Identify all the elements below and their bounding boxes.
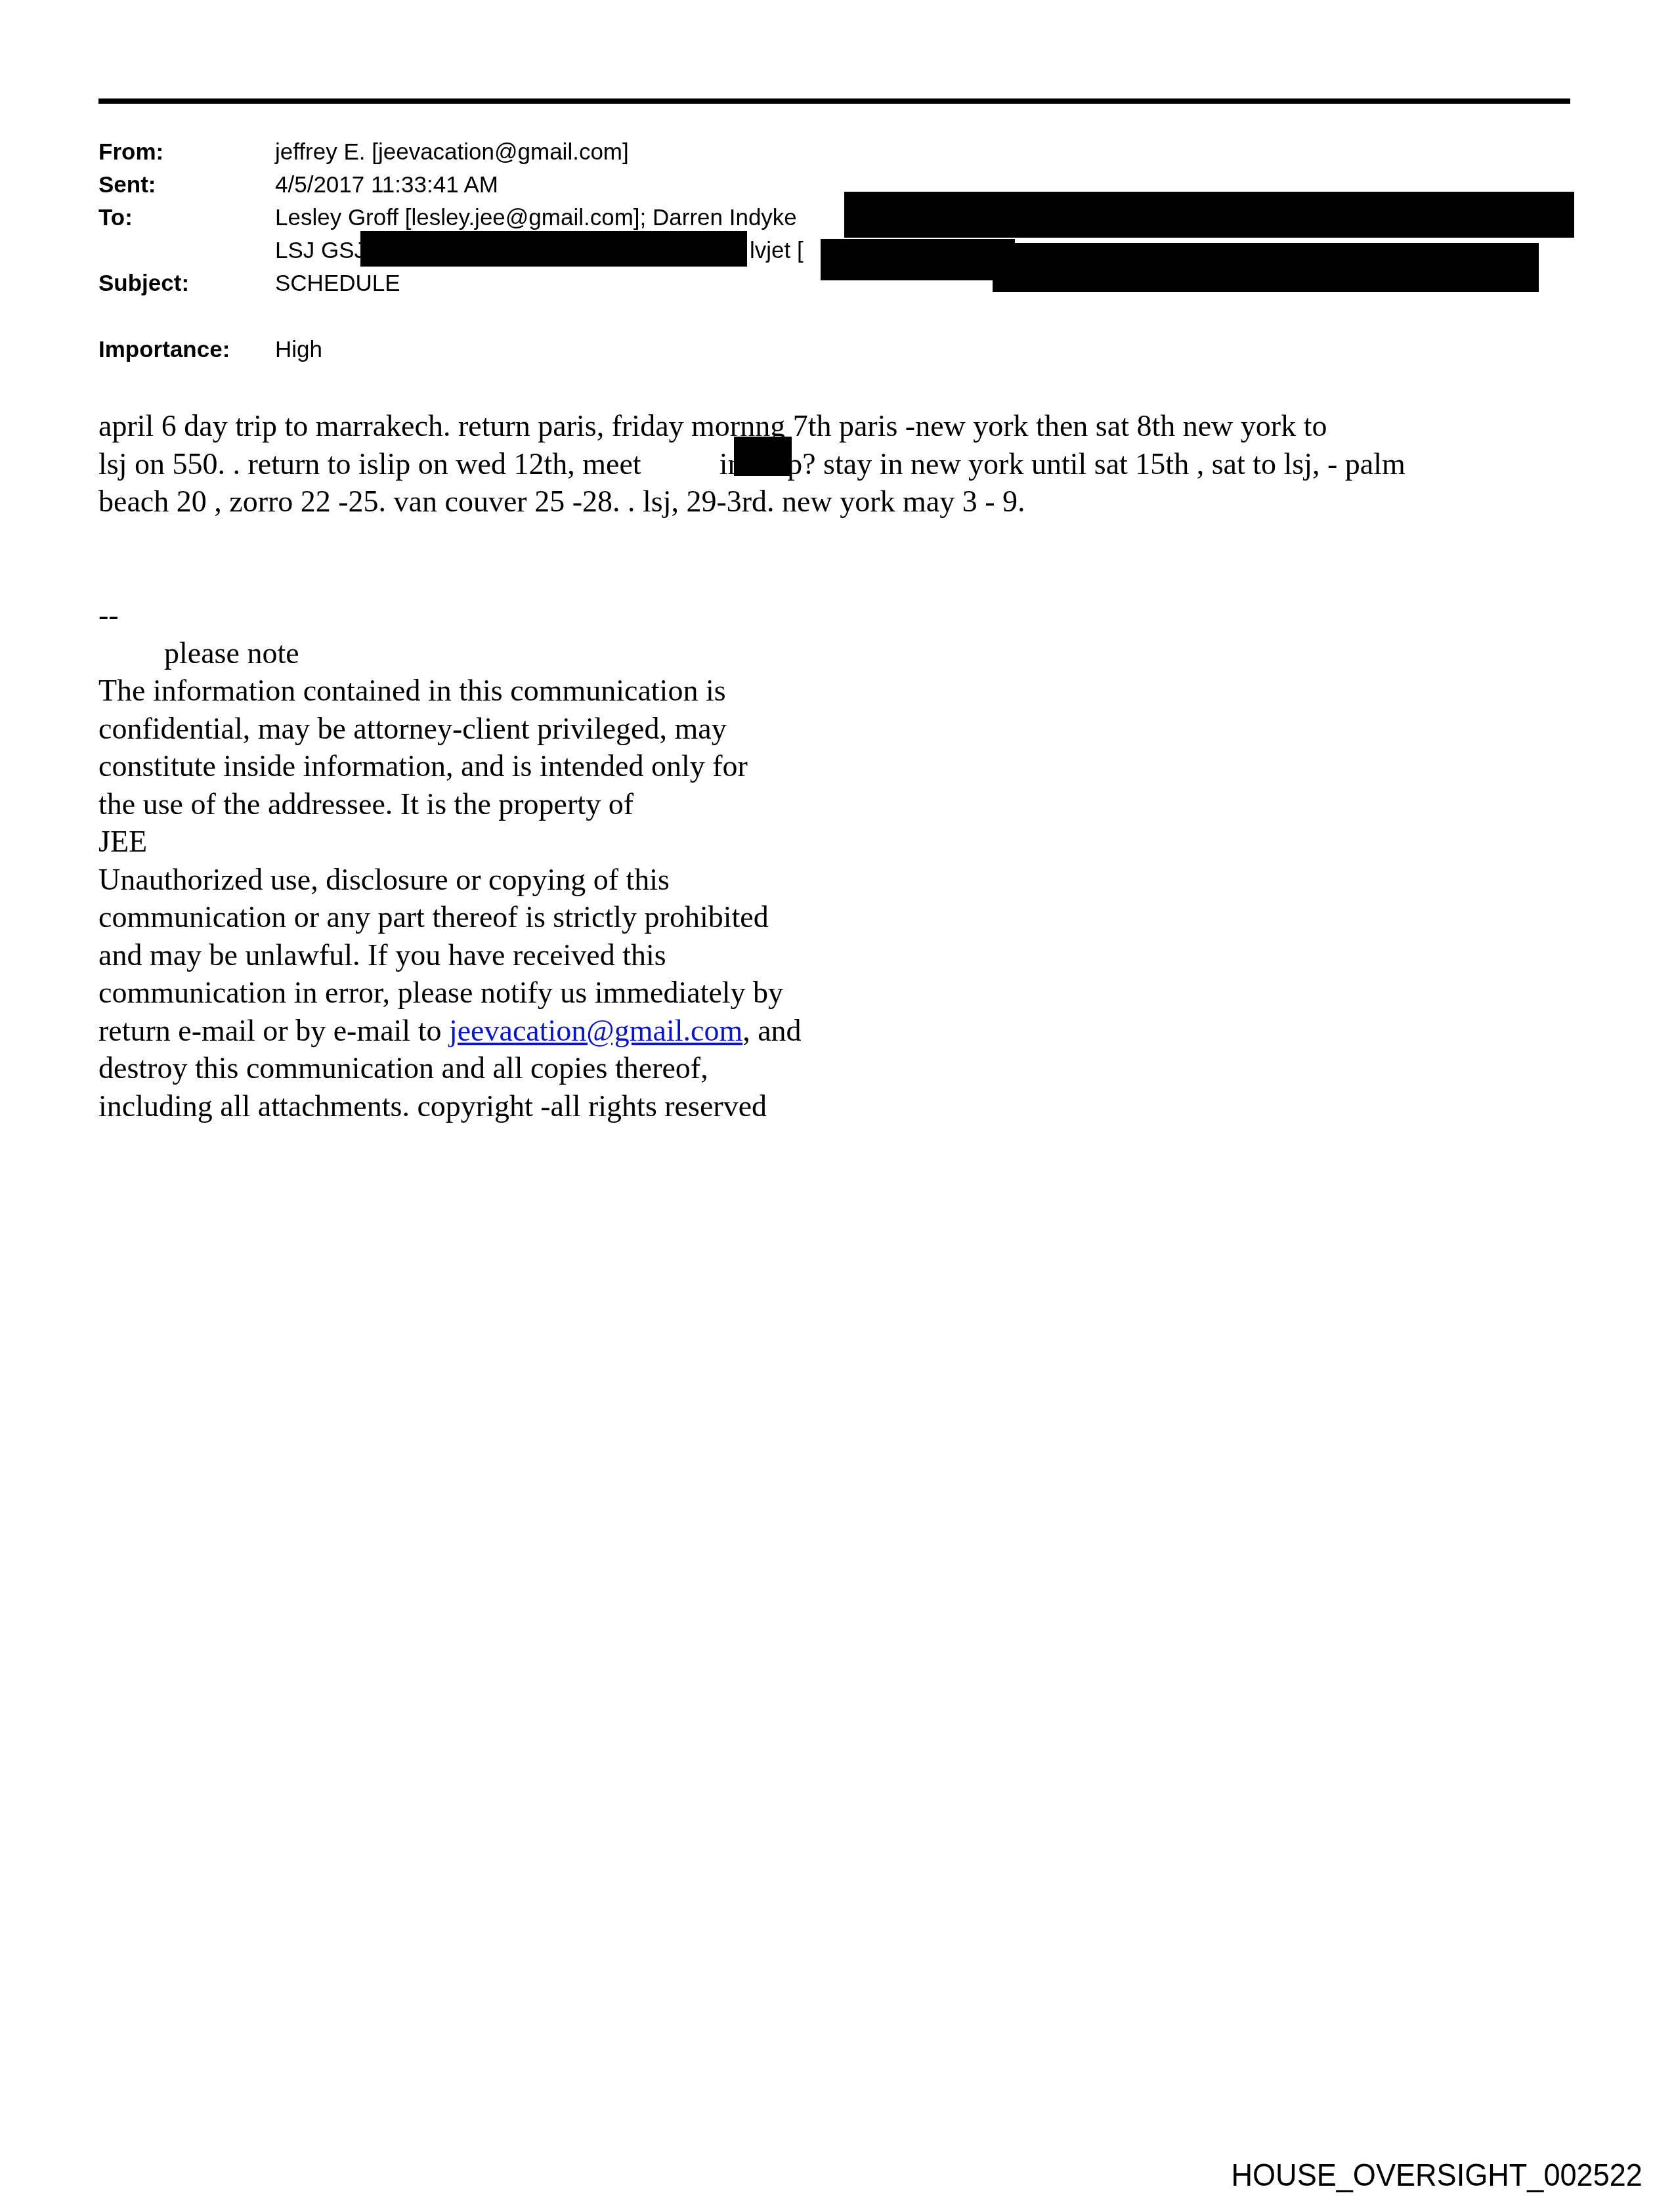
disclaimer-line: including all attachments. copyright -al… bbox=[98, 1087, 802, 1125]
disclaimer-line: destroy this communication and all copie… bbox=[98, 1049, 802, 1087]
disclaimer-text: , and bbox=[742, 1014, 801, 1047]
importance-value: High bbox=[275, 334, 322, 366]
disclaimer-line: communication in error, please notify us… bbox=[98, 974, 802, 1012]
body-line: beach 20 , zorro 22 -25. van couver 25 -… bbox=[98, 483, 1406, 521]
body-text: in islip? stay in new york until sat 15t… bbox=[712, 447, 1406, 481]
disclaimer-line: the use of the addressee. It is the prop… bbox=[98, 785, 802, 823]
disclaimer-line: confidential, may be attorney-client pri… bbox=[98, 710, 802, 748]
redaction-box bbox=[821, 239, 1015, 280]
from-value: jeffrey E. [jeevacation@gmail.com] bbox=[275, 136, 629, 169]
disclaimer-line: Unauthorized use, disclosure or copying … bbox=[98, 861, 802, 899]
from-label: From: bbox=[98, 136, 163, 169]
please-note: please note bbox=[98, 634, 802, 672]
subject-label: Subject: bbox=[98, 267, 189, 300]
bates-number: HOUSE_OVERSIGHT_002522 bbox=[1232, 2156, 1642, 2195]
redaction-box bbox=[844, 192, 1574, 238]
sent-label: Sent: bbox=[98, 169, 156, 202]
redaction-box bbox=[360, 231, 747, 267]
subject-value: SCHEDULE bbox=[275, 267, 400, 300]
signature-separator: -- bbox=[98, 596, 802, 634]
sent-value: 4/5/2017 11:33:41 AM bbox=[275, 169, 498, 202]
disclaimer-text: return e-mail or by e-mail to bbox=[98, 1014, 449, 1047]
to-line1-value: Lesley Groff [lesley.jee@gmail.com]; Dar… bbox=[275, 202, 797, 234]
redaction-box bbox=[993, 243, 1539, 292]
disclaimer-line: communication or any part thereof is str… bbox=[98, 898, 802, 936]
email-link[interactable]: jeevacation@gmail.com bbox=[449, 1014, 742, 1047]
signature-block: -- please note The information contained… bbox=[98, 596, 802, 1125]
to-line2-middle: lvjet [ bbox=[750, 234, 804, 267]
disclaimer-line: JEE bbox=[98, 823, 802, 861]
body-text: lsj on 550. . return to islip on wed 12t… bbox=[98, 447, 649, 481]
disclaimer-line: The information contained in this commun… bbox=[98, 672, 802, 710]
redaction-box bbox=[734, 437, 792, 476]
header-rule bbox=[98, 98, 1570, 104]
to-line2-prefix: LSJ GSJ bbox=[275, 234, 366, 267]
disclaimer-line: and may be unlawful. If you have receive… bbox=[98, 936, 802, 974]
disclaimer-line: constitute inside information, and is in… bbox=[98, 747, 802, 785]
disclaimer-line: return e-mail or by e-mail to jeevacatio… bbox=[98, 1012, 802, 1050]
importance-label: Importance: bbox=[98, 334, 230, 366]
to-label: To: bbox=[98, 202, 133, 234]
